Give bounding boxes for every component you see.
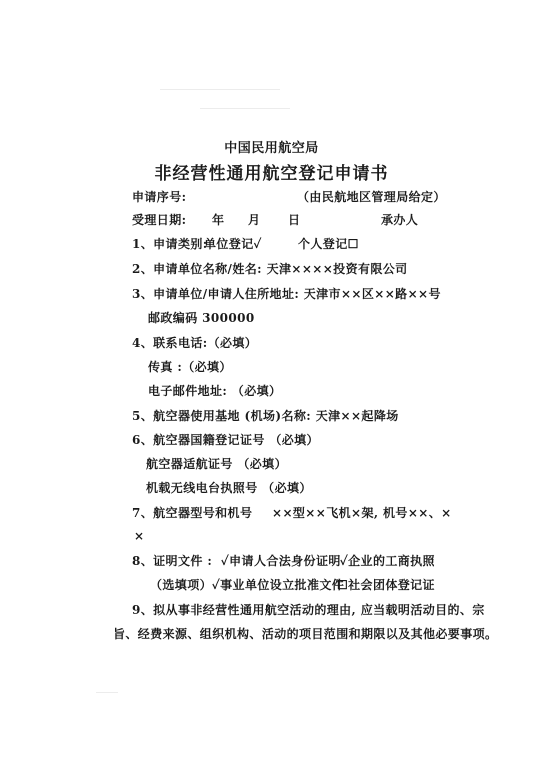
item-number: 9、: [132, 603, 153, 617]
item-number: 7、: [132, 506, 153, 520]
postal-code: 邮政编码 300000: [148, 311, 255, 325]
optional-note: （选填项）: [150, 578, 212, 592]
aircraft-model-value: ××型××飞机×架, 机号××、×: [272, 506, 452, 520]
item-1: 1、申请类别:: [132, 237, 208, 251]
item-5: 5、航空器使用基地 (机场)名称: 天津××起降场: [132, 409, 399, 423]
acceptance-month: 月: [248, 213, 260, 227]
item-label: 证明文件 :: [153, 554, 212, 568]
document-title: 非经营性通用航空登记申请书: [0, 159, 543, 184]
scan-artifact: [200, 108, 290, 109]
item-number: 4、: [132, 336, 153, 350]
item-number: 5、: [132, 409, 153, 423]
application-number-note: （由民航地区管理局给定）: [297, 190, 446, 204]
acceptance-day: 日: [288, 213, 300, 227]
item-8: 8、证明文件 :: [132, 554, 212, 568]
item-label: 申请类别:: [153, 237, 207, 251]
acceptance-date-label: 受理日期:: [132, 213, 186, 227]
doc-social-org-cert: ☐社会团体登记证: [337, 578, 435, 592]
option-individual-registration: 个人登记☐: [298, 237, 359, 251]
item-3: 3、申请单位/申请人住所地址: 天津市××区××路××号: [132, 287, 441, 301]
aircraft-model-value-cont: ×: [134, 529, 144, 543]
item-4: 4、联系电话:（必填）: [132, 336, 257, 350]
item-label: 申请单位名称/姓名:: [153, 262, 262, 276]
item-label: 航空器使用基地 (机场)名称:: [153, 409, 311, 423]
scan-artifact: [96, 692, 118, 693]
item-number: 1、: [132, 237, 153, 251]
handler-label: 承办人: [381, 213, 418, 227]
item-2: 2、申请单位名称/姓名: 天津××××投资有限公司: [132, 262, 408, 276]
document-page: 中国民用航空局 非经营性通用航空登记申请书 申请序号: （由民航地区管理局给定）…: [0, 0, 543, 768]
organization-title: 中国民用航空局: [0, 137, 543, 156]
item-value: 天津××××投资有限公司: [267, 262, 408, 276]
doc-business-license: ✓企业的工商执照: [340, 554, 435, 568]
airworthiness-cert: 航空器适航证号 （必填）: [146, 457, 287, 471]
item-6: 6、航空器国籍登记证号 （必填）: [132, 433, 319, 447]
option-unit-registration: 单位登记✓: [204, 237, 262, 251]
item-label: 申请单位/申请人住所地址:: [153, 287, 299, 301]
item-label: 联系电话:（必填）: [153, 336, 257, 350]
item-label: 航空器型号和机号: [153, 506, 252, 520]
item-number: 8、: [132, 554, 153, 568]
item-number: 6、: [132, 433, 153, 447]
doc-institution-approval: ✓事业单位设立批准文件: [212, 578, 344, 592]
item-number: 2、: [132, 262, 153, 276]
fax-field: 传真 :（必填）: [148, 360, 232, 374]
email-field: 电子邮件地址: （必填）: [148, 384, 281, 398]
acceptance-year: 年: [212, 213, 224, 227]
item-7: 7、航空器型号和机号: [132, 506, 252, 520]
doc-legal-identity: ✓申请人合法身份证明: [221, 554, 341, 568]
scan-artifact: [160, 89, 280, 90]
radio-license: 机载无线电台执照号 （必填）: [146, 481, 312, 495]
item-number: 3、: [132, 287, 153, 301]
item-9-cont: 旨、经费来源、组织机构、活动的项目范围和期限以及其他必要事项。: [113, 627, 497, 641]
item-label: 航空器国籍登记证号 （必填）: [153, 433, 319, 447]
item-9: 9、拟从事非经营性通用航空活动的理由, 应当载明活动目的、宗: [132, 603, 485, 617]
item-text: 拟从事非经营性通用航空活动的理由, 应当载明活动目的、宗: [153, 603, 485, 617]
application-number-label: 申请序号:: [132, 190, 186, 204]
item-value: 天津市××区××路××号: [304, 287, 441, 301]
item-value: 天津××起降场: [316, 409, 399, 423]
